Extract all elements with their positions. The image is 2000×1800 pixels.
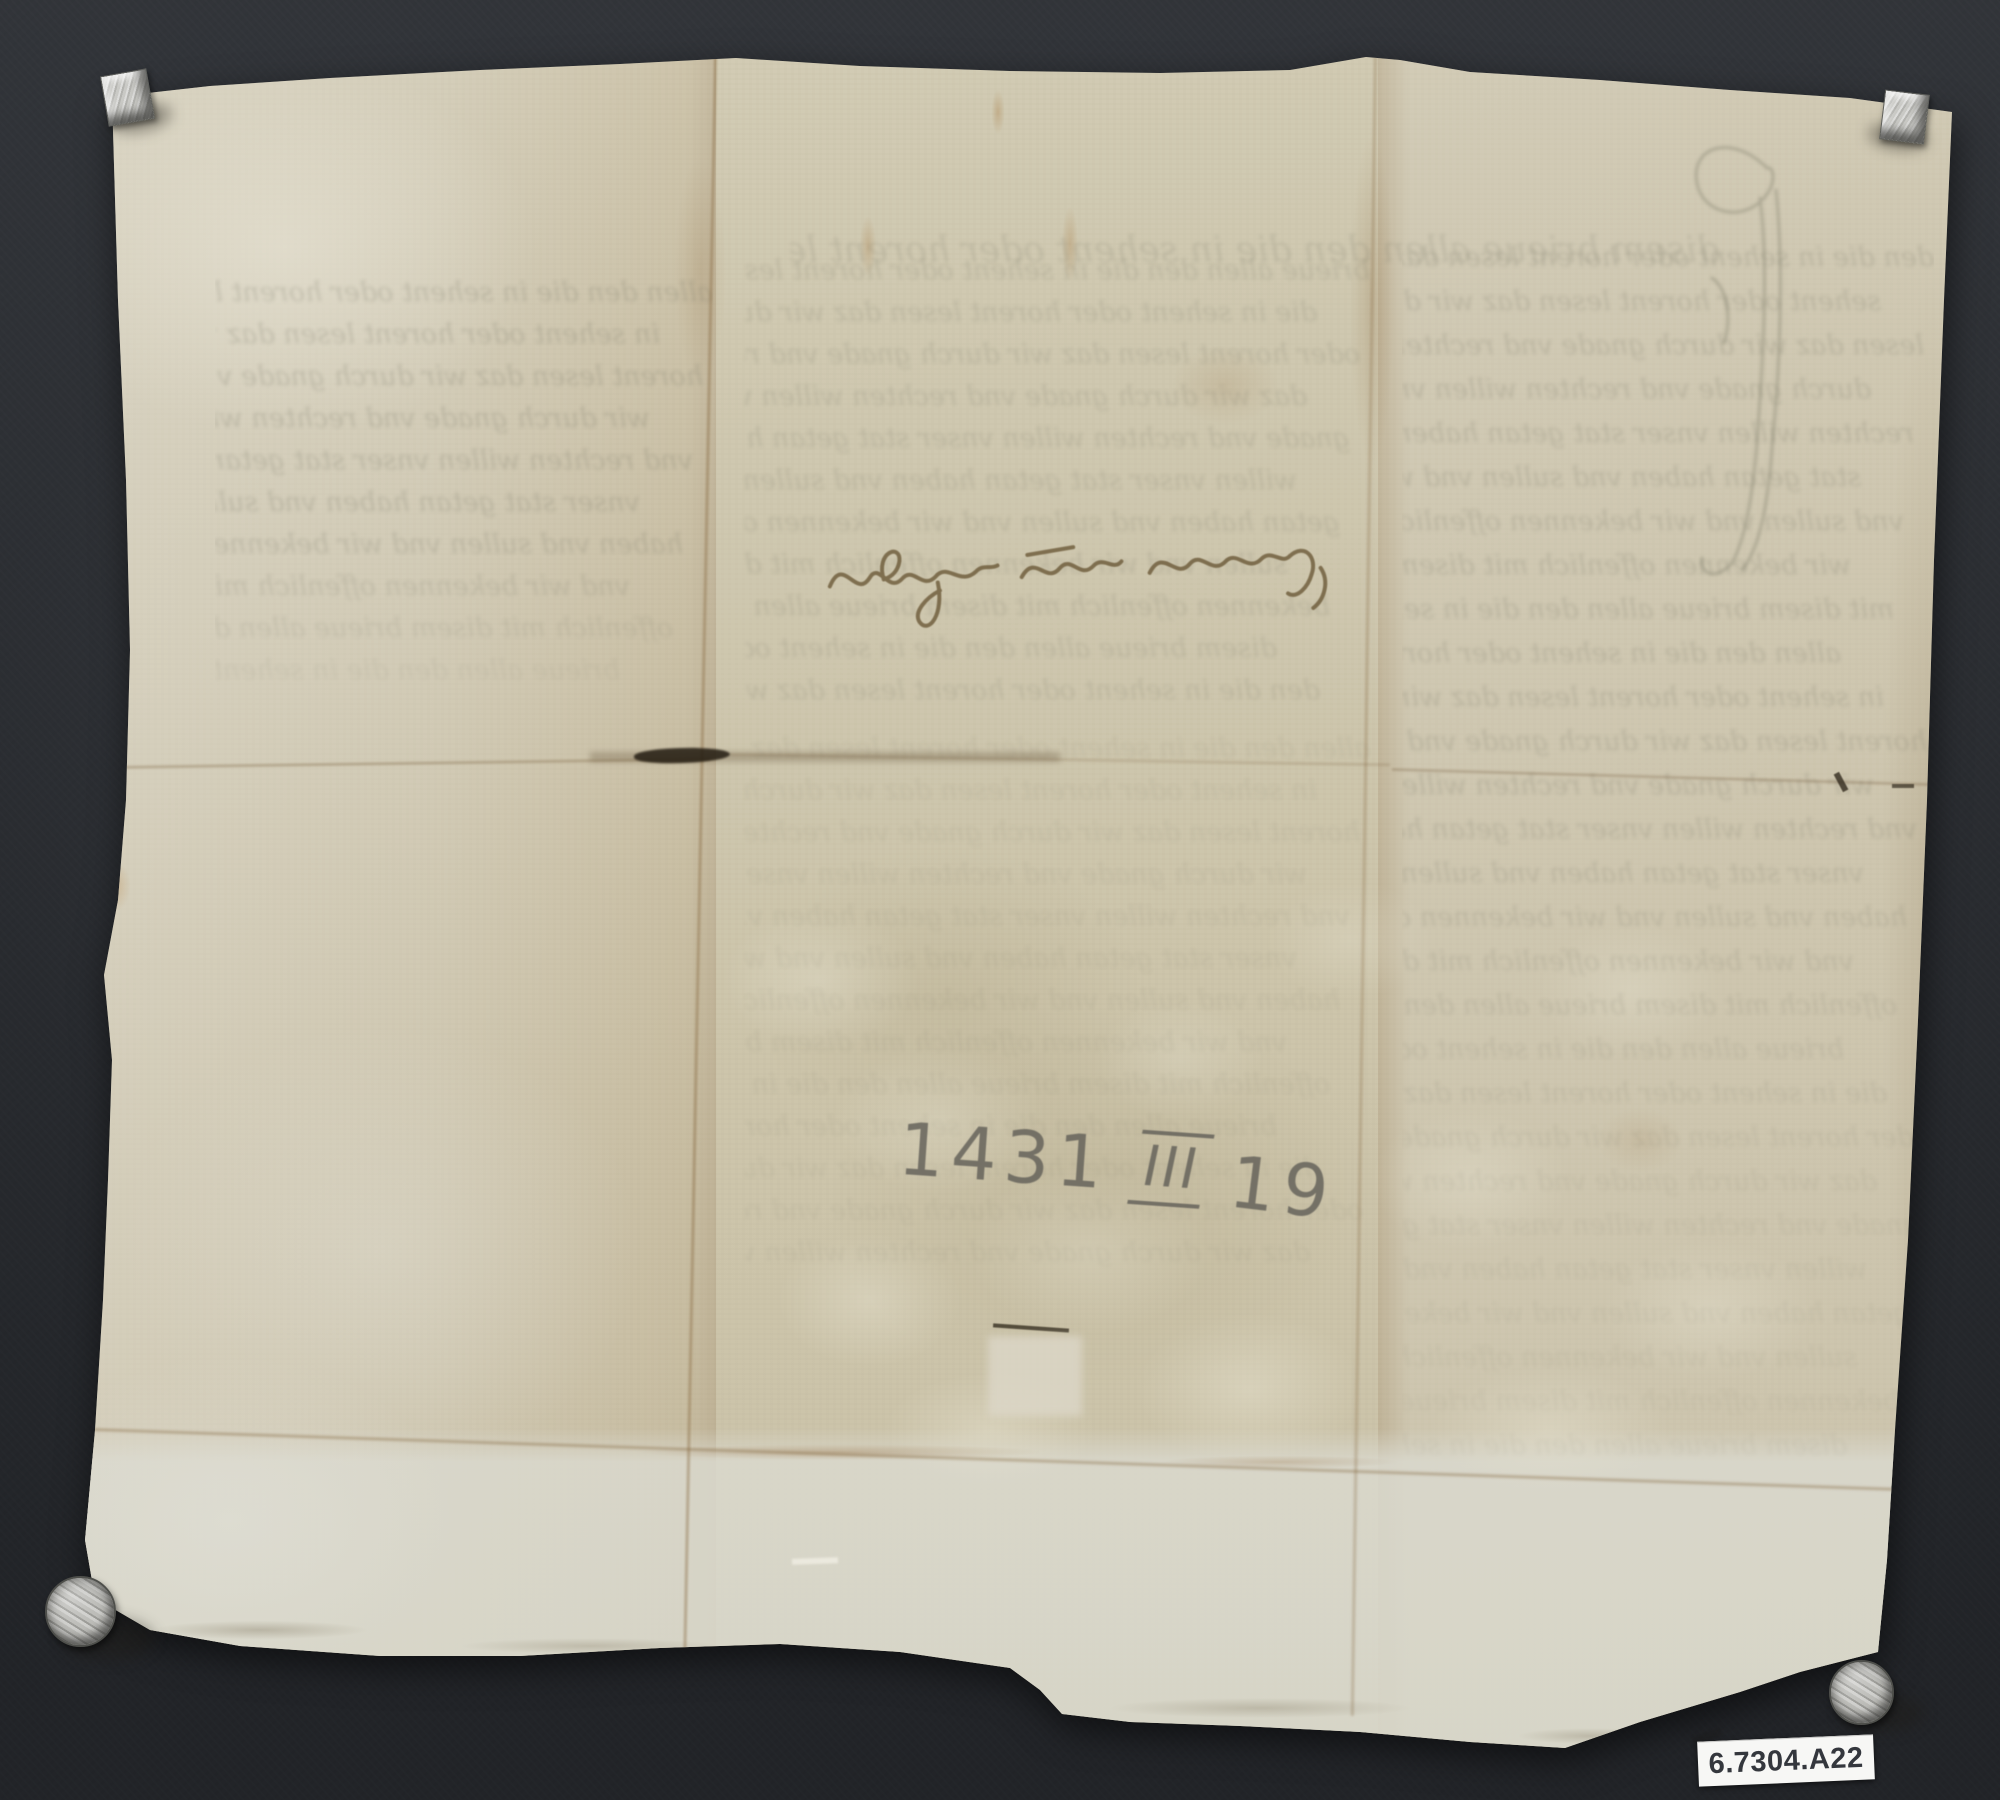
photo-stage: disem brieue allen den die in sehent ode… — [0, 0, 2000, 1800]
showthrough-line: daz wir durch gnade vnd rechten willen v… — [745, 1232, 1370, 1274]
showthrough-line: haben vnd sullen vnd wir bekennen offenl… — [215, 524, 713, 566]
archive-shelfmark-label: 6.7304.A22 — [1697, 1734, 1875, 1786]
showthrough-line: durch gnade vnd rechten willen vnser sta… — [1402, 368, 1934, 412]
showthrough-line: haben vnd sullen vnd wir bekennen offenl… — [745, 980, 1370, 1022]
showthrough-line: willen vnser stat getan haben vnd sullen… — [745, 460, 1370, 502]
showthrough-line: bekennen offenlich mit disem brieue alle… — [1402, 1380, 1934, 1424]
round-metal-weight-bottom-left — [45, 1576, 116, 1647]
showthrough-line: vnd wir bekennen offenlich mit disem bri… — [1402, 940, 1934, 984]
showthrough-line: allen den die in sehent oder horent lese… — [215, 272, 713, 314]
showthrough-line: vnd rechten willen vnser stat getan habe… — [215, 440, 713, 482]
showthrough-line: oder horent lesen daz wir durch gnade vn… — [745, 334, 1370, 376]
edge-tear-dash — [1892, 784, 1914, 788]
showthrough-line: vnd wir bekennen offenlich mit disem bri… — [745, 1022, 1370, 1064]
showthrough-line: disem brieue allen den die in sehent ode… — [1402, 1424, 1934, 1468]
parchment-wrapper: disem brieue allen den die in sehent ode… — [0, 0, 2000, 1800]
showthrough-line: vnd sullen vnd wir bekennen offenlich mi… — [1402, 500, 1934, 544]
showthrough-line: vnser stat getan haben vnd sullen vnd wi… — [215, 482, 713, 524]
showthrough-line: horent lesen daz wir durch gnade vnd rec… — [1402, 720, 1934, 764]
showthrough-line: vnser stat getan haben vnd sullen vnd wi… — [1402, 852, 1934, 896]
parchment-sheet: disem brieue allen den die in sehent ode… — [0, 0, 2000, 1800]
pencil-date-year: 1431 — [896, 1107, 1113, 1206]
showthrough-line: den die in sehent oder horent lesen daz … — [1402, 236, 1934, 280]
showthrough-line: sullen vnd wir bekennen offenlich mit di… — [1402, 1336, 1934, 1380]
showthrough-block-left: allen den die in sehent oder horent lese… — [215, 272, 713, 696]
showthrough-line: die in sehent oder horent lesen daz wir … — [745, 292, 1370, 334]
pencil-date-day: 19 — [1225, 1139, 1340, 1235]
showthrough-line: den die in sehent oder horent lesen daz … — [745, 670, 1370, 712]
showthrough-line: oder horent lesen daz wir durch gnade vn… — [1402, 1116, 1934, 1160]
showthrough-line: offenlich mit disem brieue allen den die… — [215, 608, 713, 650]
showthrough-line: vnd rechten willen vnser stat getan habe… — [1402, 808, 1934, 852]
showthrough-line: in sehent oder horent lesen daz wir durc… — [1402, 676, 1934, 720]
showthrough-line: wir bekennen offenlich mit disem brieue … — [1402, 544, 1934, 588]
showthrough-line: allen den die in sehent oder horent lese… — [745, 728, 1370, 770]
showthrough-line: wir durch gnade vnd rechten willen vnser… — [745, 854, 1370, 896]
square-metal-weight-top-left — [100, 68, 155, 126]
showthrough-line: daz wir durch gnade vnd rechten willen v… — [1402, 1160, 1934, 1204]
showthrough-line: in sehent oder horent lesen daz wir durc… — [215, 314, 713, 356]
showthrough-line: wir durch gnade vnd rechten willen vnser… — [1402, 764, 1934, 808]
showthrough-line: willen vnser stat getan haben vnd sullen… — [1402, 1248, 1934, 1292]
showthrough-line: horent lesen daz wir durch gnade vnd rec… — [215, 356, 713, 398]
showthrough-line: brieue allen den die in sehent oder hore… — [215, 650, 713, 692]
showthrough-line: gnade vnd rechten willen vnser stat geta… — [745, 418, 1370, 460]
showthrough-line: allen den die in sehent oder horent lese… — [1402, 632, 1934, 676]
showthrough-line: wir durch gnade vnd rechten willen vnser… — [215, 398, 713, 440]
showthrough-line: brieue allen den die in sehent oder hore… — [1402, 1028, 1934, 1072]
showthrough-line: in sehent oder horent lesen daz wir durc… — [745, 770, 1370, 812]
showthrough-line: gnade vnd rechten willen vnser stat geta… — [1402, 1204, 1934, 1248]
showthrough-block-right: den die in sehent oder horent lesen daz … — [1402, 236, 1934, 1468]
square-metal-weight-top-right — [1879, 89, 1930, 144]
showthrough-line: horent lesen daz wir durch gnade vnd rec… — [745, 812, 1370, 854]
showthrough-line: getan haben vnd sullen vnd wir bekennen … — [1402, 1292, 1934, 1336]
showthrough-line: offenlich mit disem brieue allen den die… — [745, 1064, 1370, 1106]
showthrough-line: sehent oder horent lesen daz wir durch g… — [1402, 280, 1934, 324]
showthrough-line: die in sehent oder horent lesen daz wir … — [1402, 1072, 1934, 1116]
pencil-date-month: III — [1127, 1130, 1214, 1209]
showthrough-line: haben vnd sullen vnd wir bekennen offenl… — [1402, 896, 1934, 940]
showthrough-line: lesen daz wir durch gnade vnd rechten wi… — [1402, 324, 1934, 368]
pale-patch — [988, 1336, 1082, 1416]
showthrough-line: stat getan haben vnd sullen vnd wir beke… — [1402, 456, 1934, 500]
showthrough-line: rechten willen vnser stat getan haben vn… — [1402, 412, 1934, 456]
round-metal-weight-bottom-right — [1829, 1660, 1894, 1725]
showthrough-line: daz wir durch gnade vnd rechten willen v… — [745, 376, 1370, 418]
showthrough-line: vnd wir bekennen offenlich mit disem bri… — [215, 566, 713, 608]
showthrough-line: offenlich mit disem brieue allen den die… — [1402, 984, 1934, 1028]
ink-endorsement — [817, 513, 1350, 672]
showthrough-line: brieue allen den die in sehent oder hore… — [745, 250, 1370, 292]
showthrough-line: vnd rechten willen vnser stat getan habe… — [745, 896, 1370, 938]
decorative-initial-showthrough — [1672, 128, 1822, 588]
showthrough-line: vnser stat getan haben vnd sullen vnd wi… — [745, 938, 1370, 980]
showthrough-line: mit disem brieue allen den die in sehent… — [1402, 588, 1934, 632]
